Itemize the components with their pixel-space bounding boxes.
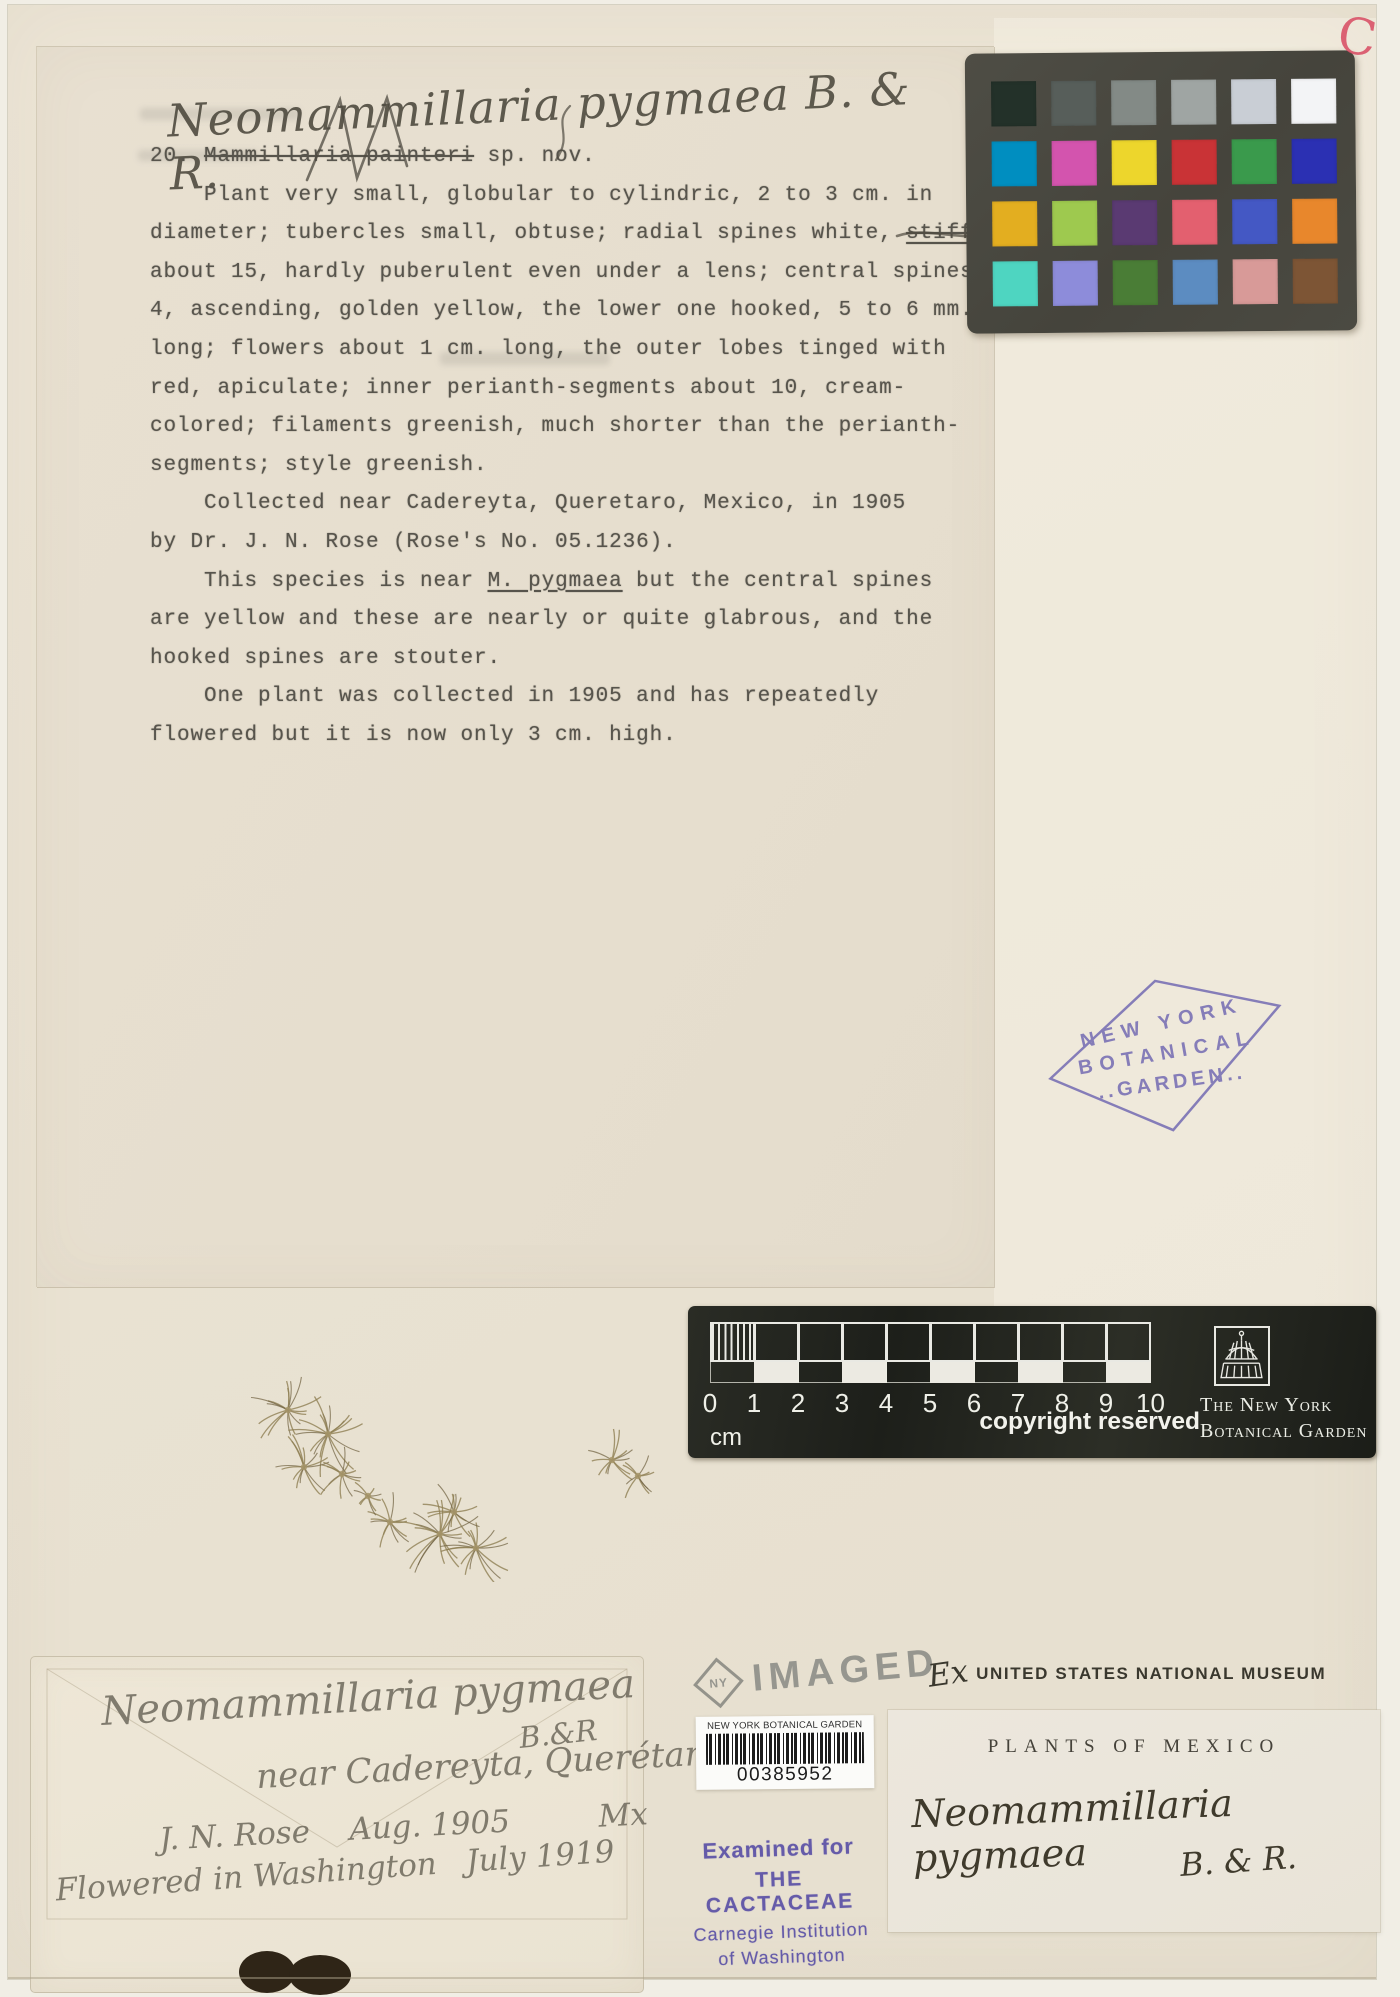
color-patch: [1112, 200, 1157, 245]
ruler-check-cell: [886, 1362, 931, 1383]
barcode-label: NEW YORK BOTANICAL GARDEN 00385952: [696, 1715, 875, 1790]
ink-blot: [239, 1951, 295, 1993]
ink-blot: [289, 1955, 351, 1995]
herbarium-scan: Neomammillaria pygmaea B. & R. 20. Mammi…: [0, 0, 1400, 1997]
ruler-cm-box: [1106, 1322, 1151, 1362]
color-patch: [991, 81, 1036, 126]
color-patch: [1052, 201, 1097, 246]
ruler-check-cell: [842, 1362, 887, 1383]
copyright-text: copyright reserved: [928, 1408, 1200, 1436]
ruler-cm-box: [798, 1322, 843, 1362]
color-patch: [1233, 259, 1278, 304]
ruler-cm-box: [754, 1322, 799, 1362]
ruler-check-cell: [710, 1362, 755, 1383]
ruler-unit: cm: [710, 1424, 742, 1452]
color-patch: [1292, 138, 1337, 183]
ruler-check-cell: [1018, 1362, 1063, 1383]
color-patch: [992, 141, 1037, 186]
ruler-cm-box: [974, 1322, 1019, 1362]
ruler-tick-label: 3: [828, 1388, 856, 1419]
card-species-handwritten: Neomammillaria pygmaea: [911, 1776, 1382, 1880]
ruler-cm-box: [710, 1322, 755, 1362]
color-patch: [992, 201, 1037, 246]
color-patch: [993, 261, 1038, 306]
ruler-tick-label: 2: [784, 1388, 812, 1419]
color-patch: [1172, 200, 1217, 245]
ruler-cm-box: [886, 1322, 931, 1362]
usnm-title: UNITED STATES NATIONAL MUSEUM: [976, 1664, 1326, 1684]
color-patch: [1291, 78, 1336, 123]
stamp-line: Examined for: [678, 1833, 879, 1866]
ruler-check-cell: [930, 1362, 975, 1383]
ruler-check-cell: [754, 1362, 799, 1383]
card-heading: PLANTS OF MEXICO: [888, 1736, 1380, 1758]
color-patch: [1171, 80, 1216, 125]
color-patch: [1111, 80, 1156, 125]
ruler-cm-box: [1062, 1322, 1107, 1362]
ruler-cm-box: [1018, 1322, 1063, 1362]
ruler-check-cell: [798, 1362, 843, 1383]
specimen-envelope: Neomammillaria pygmaea B.&R near Caderey…: [30, 1656, 644, 1993]
color-patch: [1112, 140, 1157, 185]
color-patch: [1053, 261, 1098, 306]
ruler-tick-label: 1: [740, 1388, 768, 1419]
specimen-spine-clusters: [240, 1372, 680, 1582]
ruler-tick-label: 0: [696, 1388, 724, 1419]
color-patch: [1051, 81, 1096, 126]
card-authors-handwritten: B. & R.: [1179, 1838, 1298, 1884]
ruler-cm-box: [930, 1322, 975, 1362]
color-patch: [1293, 258, 1338, 303]
typed-label-lines: 20. Mammillaria painteri sp. nov. Plant …: [150, 138, 987, 756]
barcode-number: 00385952: [696, 1763, 874, 1787]
sheet-edge: [8, 1977, 1376, 1979]
ex-script-mark: Ex: [926, 1653, 971, 1694]
ruler-check-cell: [1062, 1362, 1107, 1383]
color-patch: [1172, 140, 1217, 185]
ruler-check-cell: [1106, 1362, 1151, 1383]
ruler-cm-box: [842, 1322, 887, 1362]
color-patch: [1232, 199, 1277, 244]
nybg-dome-logo-icon: [1214, 1326, 1270, 1386]
examined-stamp: Examined for THE CACTACEAE Carnegie Inst…: [678, 1833, 882, 1972]
stamp-line: THE CACTACEAE: [679, 1865, 881, 1920]
color-patch: [1231, 79, 1276, 124]
ruler-tick-label: 4: [872, 1388, 900, 1419]
plants-of-mexico-card: PLANTS OF MEXICO Neomammillaria pygmaea …: [888, 1710, 1380, 1932]
color-patch: [1292, 198, 1337, 243]
barcode-org-text: NEW YORK BOTANICAL GARDEN: [696, 1719, 874, 1732]
scale-bar: 012345678910 cm copyright reserved The N…: [688, 1306, 1376, 1458]
color-patch: [1052, 141, 1097, 186]
color-calibration-chart: [965, 50, 1357, 333]
barcode-icon: [706, 1732, 864, 1765]
ny-monogram: NY: [708, 1675, 728, 1691]
color-patch: [1113, 260, 1158, 305]
ruler-check-cell: [974, 1362, 1019, 1383]
color-patch: [1173, 260, 1218, 305]
stamp-line: Carnegie Institution: [681, 1918, 882, 1946]
color-patch: [1232, 139, 1277, 184]
usnm-header: Ex UNITED STATES NATIONAL MUSEUM: [928, 1656, 1326, 1692]
ruler-org-line1: The New York: [1200, 1394, 1376, 1417]
ruler-org-line2: Botanical Garden: [1200, 1420, 1376, 1443]
